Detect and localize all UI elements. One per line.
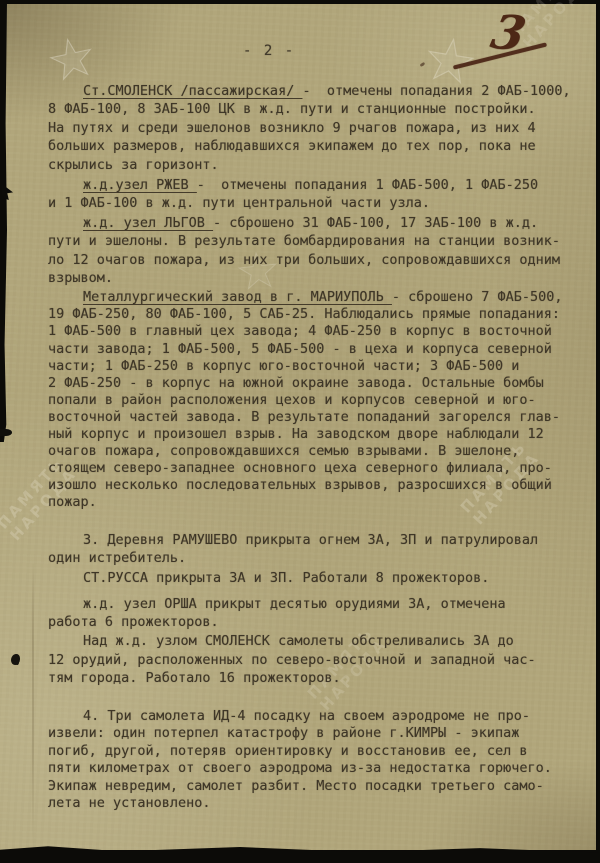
text-line: и 1 ФАБ-100 в ж.д. пути центральной част… [48, 194, 578, 212]
text-line: ж.д. узел ОРША прикрыт десятью орудиями … [48, 595, 578, 613]
text-run: - отмечены попадания 2 ФАБ-1000, [302, 83, 570, 99]
text-run: 3. Деревня РАМУШЕВО прикрыта огнем ЗА, З… [83, 532, 538, 548]
text-run: - отмечены попадания 1 ФАБ-500, 1 ФАБ-25… [197, 177, 538, 193]
text-line: 2 ФАБ-250 - в корпус на южной окраине за… [48, 375, 578, 392]
text-line: 8 ФАБ-100, 8 ЗАБ-100 ЦК в ж.д. пути и ст… [48, 100, 578, 118]
scanned-document-screenshot: { "page": { "page_number": "- 2 -", "han… [0, 0, 600, 863]
text-run: СТ.РУССА прикрыта ЗА и ЗП. Работали 8 пр… [83, 570, 489, 586]
text-line: лета не установлено. [48, 795, 578, 813]
paragraph: ж.д. узел ЛЬГОВ - сброшено 31 ФАБ-100, 1… [48, 214, 578, 288]
text-line: ж.д.узел РЖЕВ - отмечены попадания 1 ФАБ… [48, 176, 578, 194]
paragraph: ж.д. узел ОРША прикрыт десятью орудиями … [48, 595, 578, 632]
page-number: - 2 - [243, 43, 295, 59]
text-line: 12 орудий, расположенных по северо-восто… [48, 651, 578, 669]
ink-speck [420, 62, 426, 67]
text-line: извели: один потерпел катастрофу в район… [48, 725, 578, 743]
text-line: работа 6 прожекторов. [48, 613, 578, 631]
text-line: скрылись за горизонт. [48, 156, 578, 174]
text-line: ный корпус и произошел взрыв. На заводск… [48, 426, 578, 443]
text-line: больших размеров, наблюдавшихся экипажем… [48, 137, 578, 155]
text-line: 4. Три самолета ИД-4 посадку на своем аэ… [48, 708, 578, 726]
text-line: пожар. [48, 494, 578, 511]
text-line: погиб, другой, потеряв ориентировку и во… [48, 743, 578, 761]
paragraph: Над ж.д. узлом СМОЛЕНСК самолеты обстрел… [48, 632, 578, 687]
text-line: На путях и среди эшелонов возникло 9 рча… [48, 119, 578, 137]
text-line: изошло несколько последовательных взрыво… [48, 477, 578, 494]
text-run: Над ж.д. узлом СМОЛЕНСК самолеты обстрел… [83, 633, 514, 649]
section-heading: ж.д.узел РЖЕВ [83, 177, 197, 193]
text-line: Над ж.д. узлом СМОЛЕНСК самолеты обстрел… [48, 632, 578, 650]
text-line: тям города. Работало 16 прожекторов. [48, 669, 578, 687]
text-line: пяти километрах от своего аэродрома из-з… [48, 760, 578, 778]
paper-crease [32, 559, 34, 849]
text-line: 1 ФАБ-500 в главный цех завода; 4 ФАБ-25… [48, 323, 578, 340]
text-line: части; 1 ФАБ-250 в корпус юго-восточной … [48, 358, 578, 375]
ink-blot [11, 654, 20, 665]
paragraph: 4. Три самолета ИД-4 посадку на своем аэ… [48, 708, 578, 813]
text-run: - сброшено 31 ФАБ-100, 17 ЗАБ-100 в ж.д. [213, 215, 538, 231]
text-run: 4. Три самолета ИД-4 посадку на своем аэ… [83, 708, 530, 724]
star-watermark-icon [46, 34, 98, 86]
paragraph: 3. Деревня РАМУШЕВО прикрыта огнем ЗА, З… [48, 531, 578, 568]
text-line: Экипаж невредим, самолет разбит. Место п… [48, 778, 578, 796]
text-line: 3. Деревня РАМУШЕВО прикрыта огнем ЗА, З… [48, 531, 578, 549]
paragraph: Ст.СМОЛЕНСК /пассажирская/ - отмечены по… [48, 82, 578, 174]
text-line: СТ.РУССА прикрыта ЗА и ЗП. Работали 8 пр… [48, 569, 578, 587]
edge-speck [0, 429, 12, 436]
text-line: попали в район расположения цехов и корп… [48, 392, 578, 409]
text-run: - сброшено 7 ФАБ-500, [392, 289, 563, 305]
paragraph: ж.д.узел РЖЕВ - отмечены попадания 1 ФАБ… [48, 176, 578, 213]
text-line: один истребитель. [48, 549, 578, 567]
section-heading: Металлургический завод в г. МАРИУПОЛЬ [83, 289, 392, 305]
text-line: Ст.СМОЛЕНСК /пассажирская/ - отмечены по… [48, 82, 578, 100]
text-line: очагов пожара, сопровождавшихся семью вз… [48, 443, 578, 460]
text-line: части завода; 1 ФАБ-500, 5 ФАБ-500 - в ц… [48, 341, 578, 358]
section-heading: ж.д. узел ЛЬГОВ [83, 215, 213, 231]
text-line: ж.д. узел ЛЬГОВ - сброшено 31 ФАБ-100, 1… [48, 214, 578, 232]
paragraph: Металлургический завод в г. МАРИУПОЛЬ - … [48, 289, 578, 511]
paragraph: СТ.РУССА прикрыта ЗА и ЗП. Работали 8 пр… [48, 569, 578, 587]
document-body: Ст.СМОЛЕНСК /пассажирская/ - отмечены по… [48, 82, 578, 813]
section-heading: Ст.СМОЛЕНСК /пассажирская/ [83, 83, 302, 99]
text-line: пути и эшелоны. В результате бомбардиров… [48, 232, 578, 250]
text-line: стоящем северо-западнее основного цеха с… [48, 460, 578, 477]
text-line: ло 12 очагов пожара, из них три больших,… [48, 251, 578, 269]
text-line: взрывом. [48, 269, 578, 287]
text-line: восточной частей завода. В результате по… [48, 409, 578, 426]
text-run: ж.д. узел ОРША прикрыт десятью орудиями … [83, 596, 506, 612]
text-line: Металлургический завод в г. МАРИУПОЛЬ - … [48, 289, 578, 306]
text-line: 19 ФАБ-250, 80 ФАБ-100, 5 САБ-25. Наблюд… [48, 306, 578, 323]
document-page: ПАМЯТЬНАРОДА ПАМЯТЬНАРОДА ПАМЯТЬНАРОДА П… [0, 4, 596, 850]
